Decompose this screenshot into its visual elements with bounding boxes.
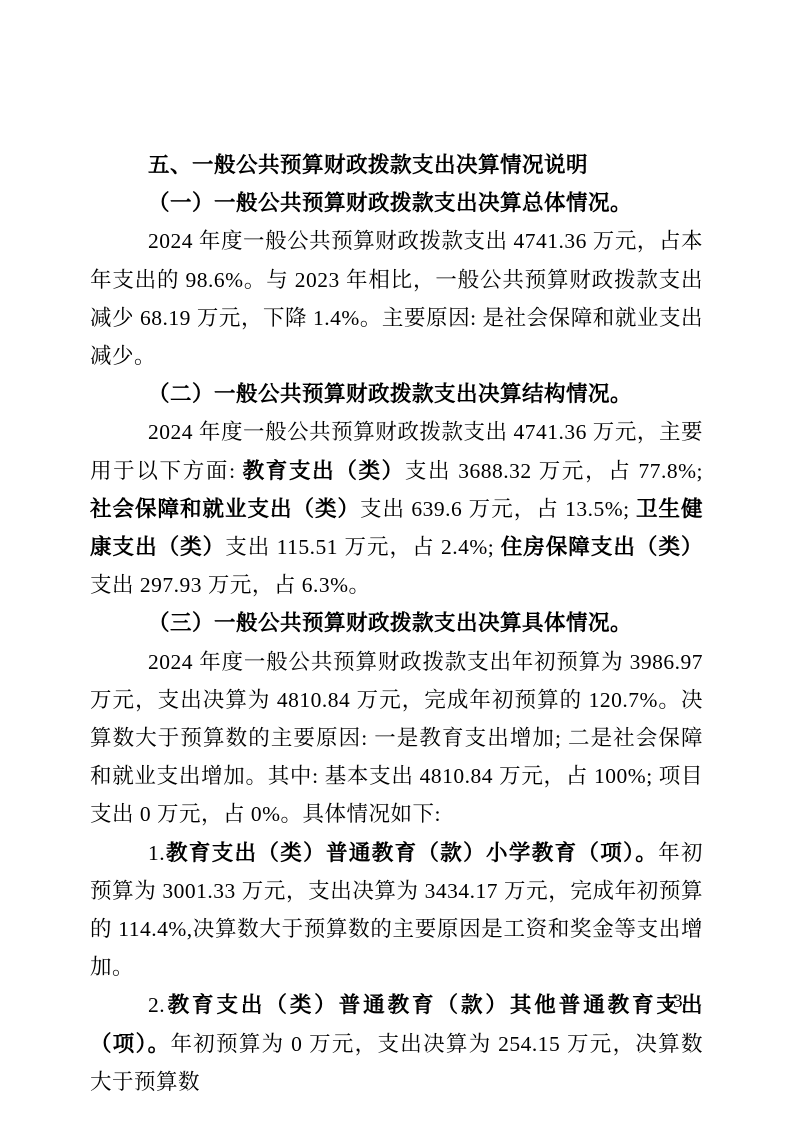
page-number: -13-	[656, 992, 690, 1012]
text-segment: 支出 115.51 万元，占 2.4%;	[225, 535, 500, 559]
list-item-1: 1.教育支出（类）普通教育（款）小学教育（项）。年初预算为 3001.33 万元…	[90, 834, 703, 987]
subsection-2-paragraph: 2024 年度一般公共预算财政拨款支出 4741.36 万元，主要用于以下方面:…	[90, 413, 703, 604]
list-item-2: 2.教育支出（类）普通教育（款）其他普通教育支出（项）。年初预算为 0 万元，支…	[90, 986, 703, 1101]
document-content: 五、一般公共预算财政拨款支出决算情况说明 （一）一般公共预算财政拨款支出决算总体…	[90, 146, 703, 1101]
list-item-number: 2.	[148, 993, 165, 1017]
document-page: 五、一般公共预算财政拨款支出决算情况说明 （一）一般公共预算财政拨款支出决算总体…	[0, 0, 793, 1122]
text-segment: 支出 3688.32 万元，占 77.8%;	[405, 459, 703, 483]
expense-category-education: 教育支出（类）	[243, 459, 405, 483]
list-item-number: 1.	[148, 841, 165, 865]
subsection-2-title: （二）一般公共预算财政拨款支出决算结构情况。	[90, 375, 703, 413]
subsection-3-title: （三）一般公共预算财政拨款支出决算具体情况。	[90, 604, 703, 642]
expense-category-social-security: 社会保障和就业支出（类）	[90, 497, 360, 521]
expense-category-housing: 住房保障支出（类）	[501, 535, 703, 559]
text-segment: 支出 297.93 万元，占 6.3%。	[90, 573, 371, 597]
list-item-2-body: 年初预算为 0 万元，支出决算为 254.15 万元，决算数大于预算数	[90, 1032, 703, 1094]
subsection-1-paragraph: 2024 年度一般公共预算财政拨款支出 4741.36 万元，占本年支出的 98…	[90, 222, 703, 375]
section-title: 五、一般公共预算财政拨款支出决算情况说明	[90, 146, 703, 184]
subsection-3-paragraph: 2024 年度一般公共预算财政拨款支出年初预算为 3986.97 万元，支出决算…	[90, 643, 703, 834]
text-segment: 支出 639.6 万元，占 13.5%;	[360, 497, 636, 521]
list-item-1-title: 教育支出（类）普通教育（款）小学教育（项）。	[165, 841, 658, 865]
subsection-1-title: （一）一般公共预算财政拨款支出决算总体情况。	[90, 184, 703, 222]
